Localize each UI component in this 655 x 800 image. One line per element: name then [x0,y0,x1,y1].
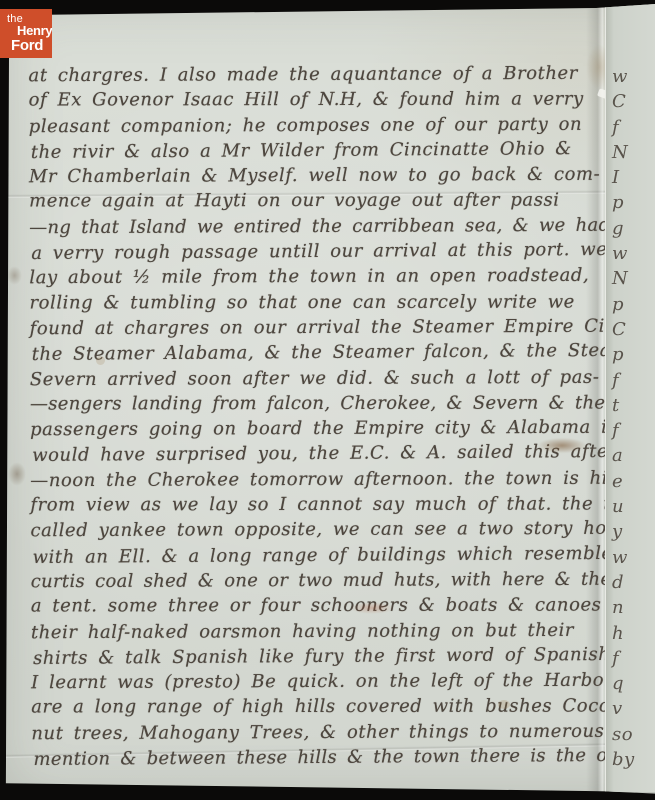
text-fragment: v [612,696,655,721]
text-fragment: n [612,595,655,620]
letter-line: pleasant companion; he composes one of o… [29,111,591,139]
letter-line: at chargres. I also made the aquantance … [28,61,590,89]
letter-line: a tent. some three or four schooners & b… [31,593,593,619]
letter-line: are a long range of high hills covered w… [31,694,593,720]
text-fragment: p [612,292,655,317]
adjacent-page-edge: w C f N I p g w N p C p f t f a e u y w [605,0,655,792]
text-fragment: N [612,266,655,291]
letter-line: I learnt was (presto) Be quick. on the l… [31,668,593,696]
text-fragment: h [612,621,655,646]
text-fragment: I [612,165,655,190]
text-fragment: f [612,418,655,443]
text-fragment: so [612,722,655,747]
letter-line: lay about ½ mile from the town in an ope… [29,263,591,291]
text-fragment: y [612,519,655,544]
letter-line: Mr Chamberlain & Myself. well now to go … [29,162,591,190]
letter-page: at chargres. I also made the aquantance … [0,0,655,800]
letter-line: would have surprised you, the E.C. & A. … [32,439,594,468]
letter-line: mention & between these hills & the town… [33,743,595,772]
text-fragment: a [612,443,655,468]
letter-line: their half-naked oarsmon having nothing … [31,617,593,645]
text-fragment: p [612,190,655,215]
text-fragment: u [612,494,655,519]
letter-line: rolling & tumbling so that one can scarc… [29,289,591,315]
text-fragment: p [612,342,655,367]
letter-line: —sengers landing from falcon, Cherokee, … [30,390,592,416]
letter-line: curtis coal shed & one or two mud huts, … [31,567,593,595]
letter-line: with an Ell. & a long range of buildings… [33,541,595,570]
text-fragment: C [612,317,655,342]
letter-line: nut trees, Mahogany Trees, & other thing… [31,718,593,746]
text-fragment: w [612,64,655,89]
logo-word-ford: Ford [11,37,43,54]
text-fragment: f [612,368,655,393]
text-fragment: C [612,89,655,114]
letter-line: mence again at Hayti on our voyage out a… [29,188,591,214]
henry-ford-logo: the Henry Ford [0,9,52,58]
text-fragment: N [612,140,655,165]
text-fragment: f [612,115,655,140]
text-fragment: t [612,393,655,418]
letter-line: from view as we lay so I cannot say much… [30,492,592,518]
text-fragment: g [612,216,655,241]
letter-line: a verry rough passage untill our arrival… [31,237,593,266]
letter-line: of Ex Govenor Isaac Hill of N.H, & found… [29,87,591,113]
letter-line: the rivir & also a Mr Wilder from Cincin… [31,136,593,165]
paper-stain [8,462,26,486]
scanned-letter-viewer: at chargres. I also made the aquantance … [0,0,655,800]
text-fragment: q [612,671,655,696]
text-fragment: f [612,646,655,671]
letter-line: shirts & talk Spanish like fury the firs… [33,642,595,671]
text-fragment: d [612,570,655,595]
text-fragment: e [612,469,655,494]
letter-line: Severn arrived soon after we did. & such… [30,364,592,392]
text-fragment: w [612,241,655,266]
letter-line: called yankee town opposite, we can see … [30,516,592,544]
adjacent-page-text-fragments: w C f N I p g w N p C p f t f a e u y w [612,64,655,772]
letter-line: —ng that Island we entired the carribbea… [29,213,591,241]
letter-line: found at chargres on our arrival the Ste… [30,314,592,342]
letter-line: —noon the Cherokee tomorrow afternoon. t… [30,466,592,494]
text-fragment: by [612,747,655,772]
paper-stain [7,266,22,285]
handwritten-text: at chargres. I also made the aquantance … [28,61,593,772]
logo-word-henry: Henry [17,23,52,38]
letter-line: passengers going on board the Empire cit… [30,415,592,443]
text-fragment: w [612,545,655,570]
letter-line: the Steamer Alabama, & the Steamer falco… [32,338,594,367]
